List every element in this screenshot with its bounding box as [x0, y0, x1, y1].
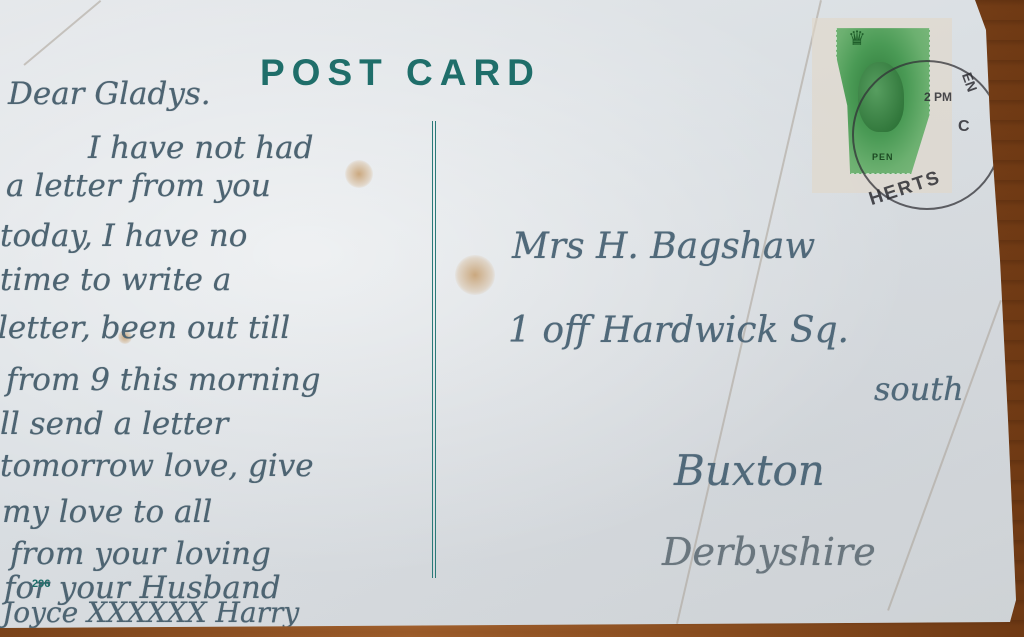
postcard: POST CARD Dear Gladys. I have not had a …	[0, 0, 1024, 637]
address-line: south	[874, 370, 964, 408]
message-line: Joyce XXXXXX Harry	[2, 596, 299, 629]
address-line: Derbyshire	[662, 530, 876, 574]
message-line: Dear Gladys.	[8, 76, 211, 112]
message-line: time to write a	[0, 262, 231, 298]
message-line: today, I have no	[0, 218, 247, 254]
crease-line	[23, 0, 101, 66]
print-number: 296	[32, 578, 50, 590]
postmark-code: C	[958, 118, 970, 136]
message-line: a letter from you	[6, 168, 271, 204]
address-line: Mrs H. Bagshaw	[512, 226, 815, 267]
message-line: from 9 this morning	[6, 362, 320, 398]
message-line: my love to all	[2, 494, 212, 530]
address-line: Buxton	[674, 446, 825, 495]
message-line: tomorrow love, give	[0, 448, 314, 484]
message-line: from your loving	[10, 536, 271, 572]
foxing-stain	[345, 160, 373, 188]
crown-icon: ♛	[848, 26, 866, 50]
postmark-time: 2 PM	[924, 90, 952, 104]
message-line: letter, been out till	[0, 310, 290, 346]
message-line: ll send a letter	[0, 406, 228, 442]
foxing-stain	[455, 255, 495, 295]
crease-line	[887, 300, 1002, 611]
message-line: I have not had	[88, 130, 314, 166]
postcard-heading: POST CARD	[260, 52, 541, 94]
address-line: 1 off Hardwick Sq.	[508, 310, 849, 351]
message-address-divider	[432, 121, 436, 578]
